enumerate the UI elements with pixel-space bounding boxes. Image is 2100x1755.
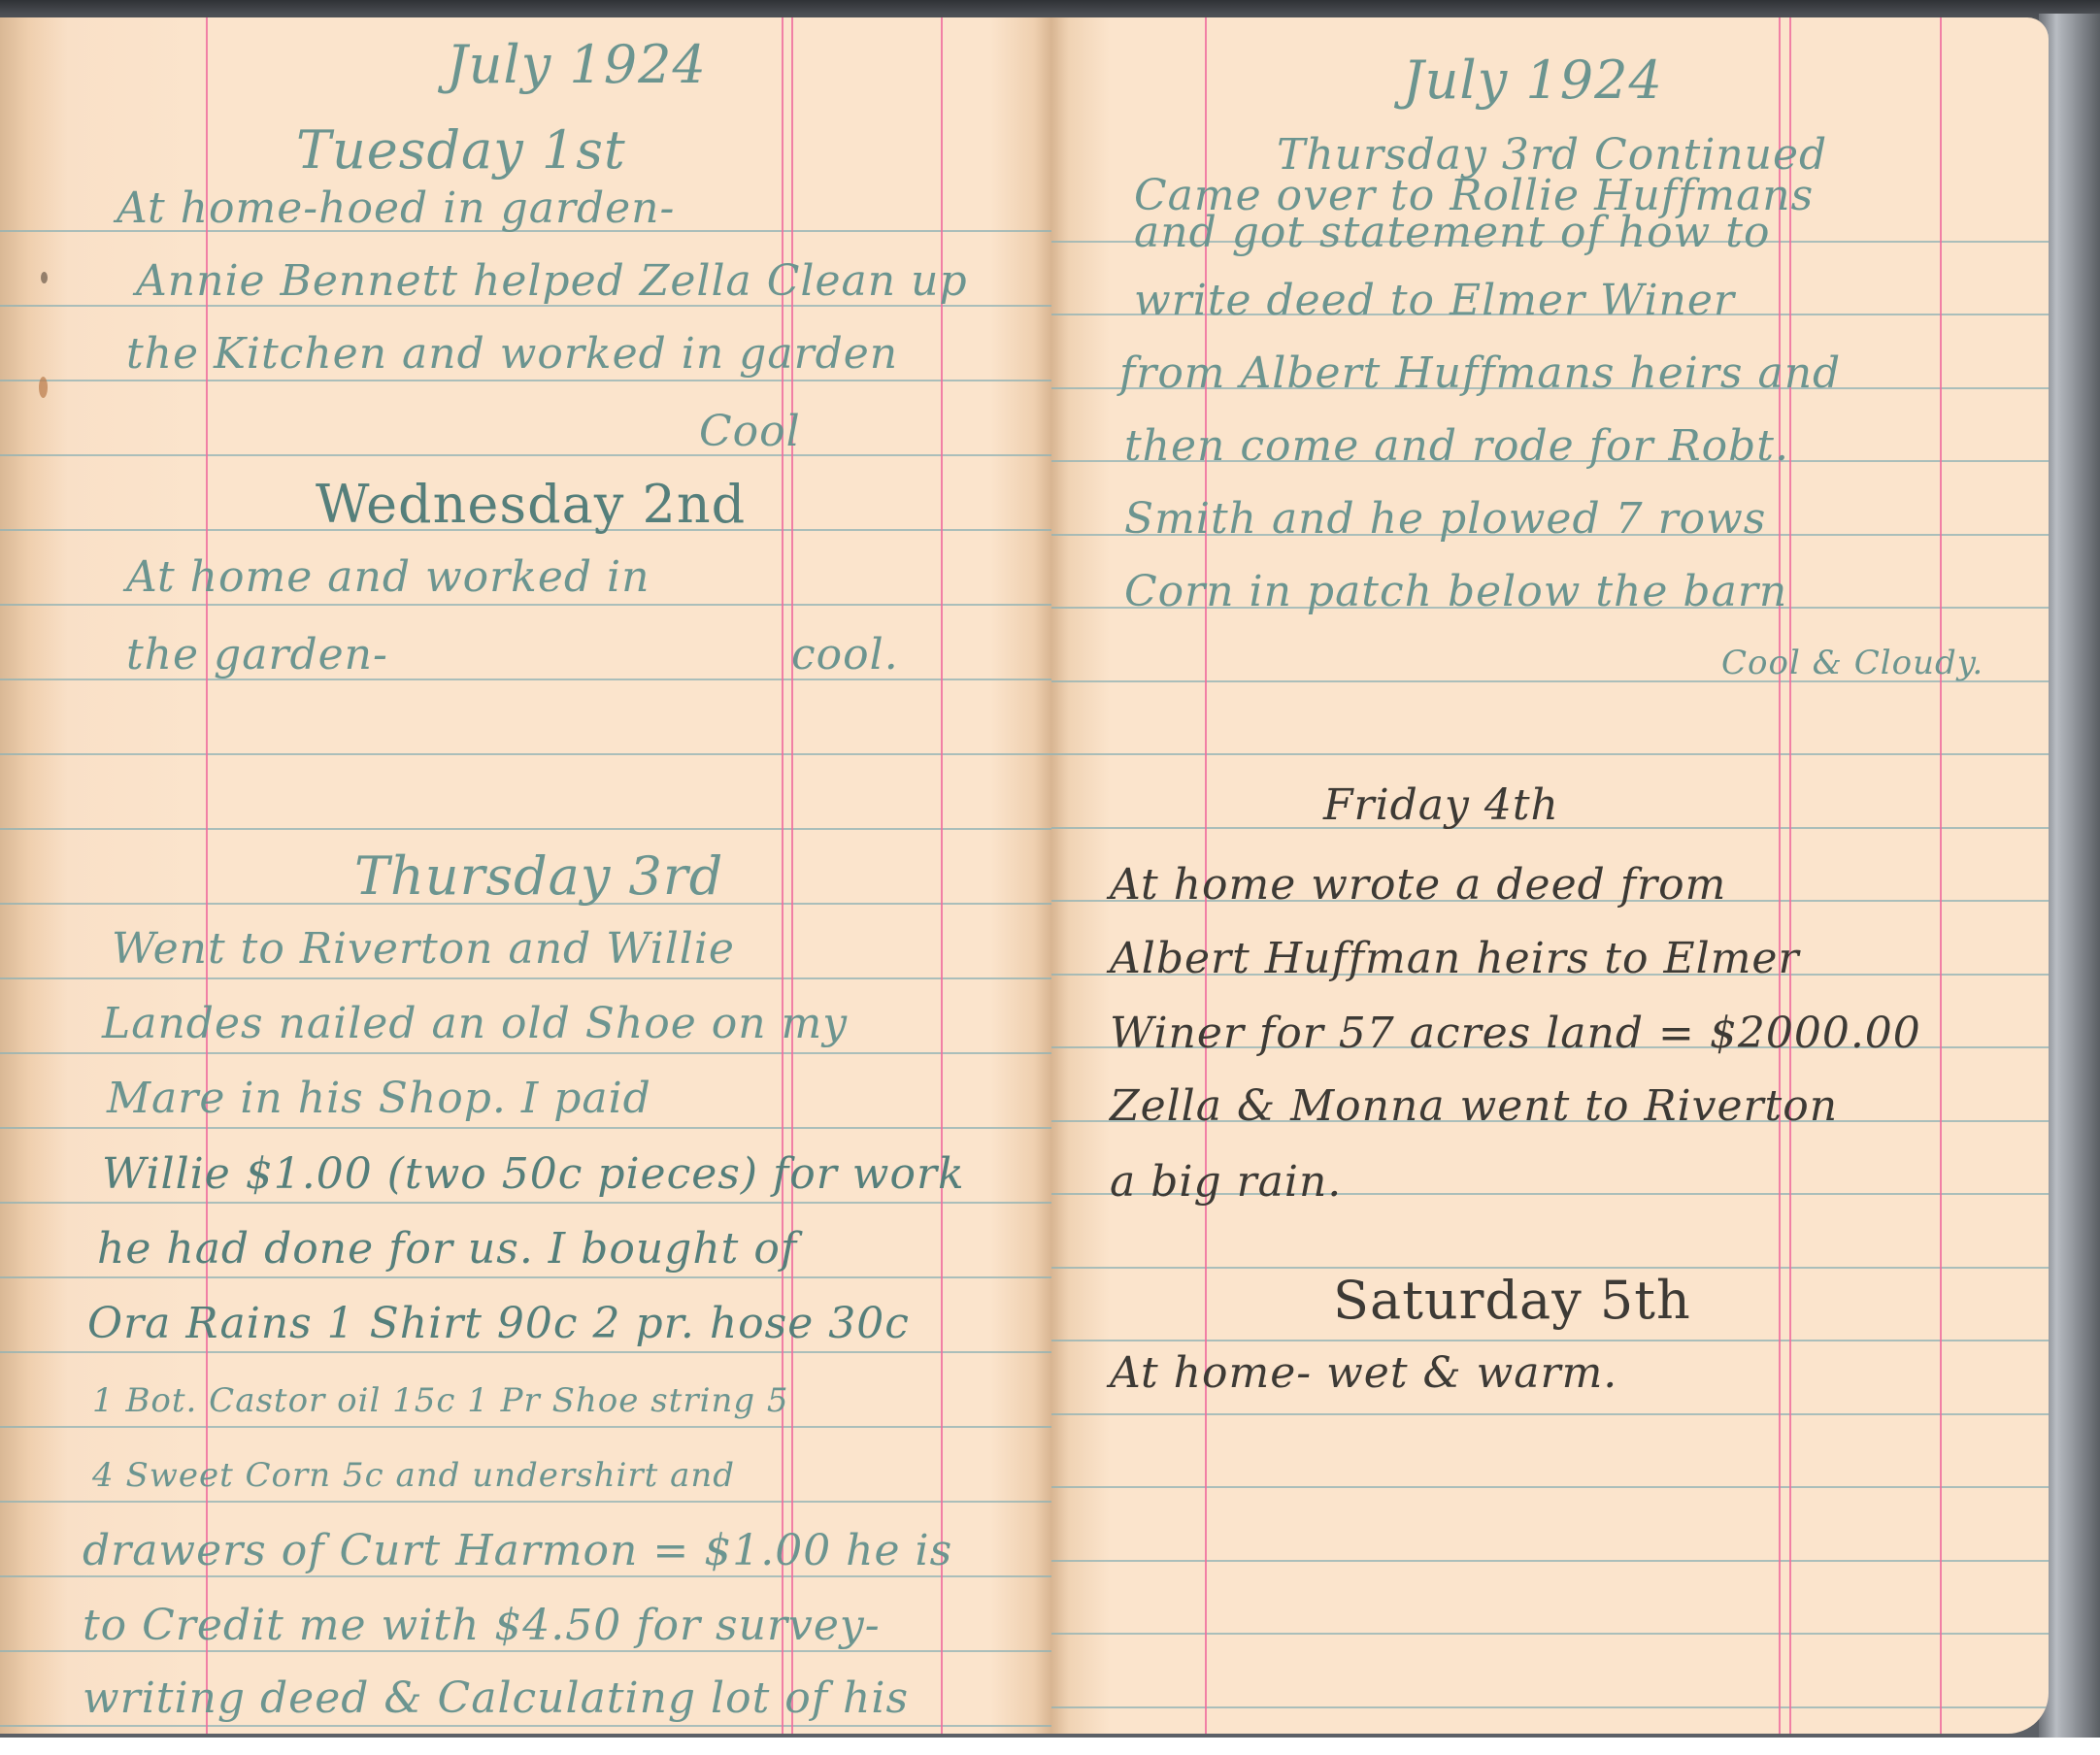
entry-line: At home wrote a deed from — [1110, 864, 1726, 907]
day-heading: Thursday 3rd — [354, 850, 723, 903]
entry-line: At home-hoed in garden- — [117, 187, 675, 230]
entry-line: from Albert Huffmans heirs and — [1119, 352, 1841, 395]
ink-dot — [41, 272, 48, 283]
ruled-line — [1051, 753, 2049, 755]
ruled-line — [0, 1725, 1051, 1727]
right-page: July 1924 Thursday 3rd Continued Came ov… — [1051, 17, 2049, 1734]
entry-line: Winer for 57 acres land = $2000.00 — [1110, 1012, 1921, 1055]
weather-note: Cool — [699, 411, 801, 453]
ruled-line — [1051, 1706, 2049, 1708]
entry-line: the Kitchen and worked in garden — [126, 333, 898, 376]
entry-line: 1 Bot. Castor oil 15c 1 Pr Shoe string 5 — [92, 1384, 789, 1417]
ruled-line — [0, 1650, 1051, 1652]
ruled-line — [0, 1575, 1051, 1577]
entry-line: writing deed & Calculating lot of his — [83, 1677, 909, 1720]
entry-line: At home- wet & warm. — [1110, 1352, 1617, 1395]
ruled-line — [1051, 1413, 2049, 1415]
ruled-line — [0, 828, 1051, 830]
day-heading: Wednesday 2nd — [316, 479, 746, 531]
entry-line: write deed to Elmer Winer — [1134, 280, 1735, 322]
ruled-line — [1051, 1560, 2049, 1562]
entry-line: drawers of Curt Harmon = $1.00 he is — [83, 1530, 952, 1573]
ruled-line — [1051, 1486, 2049, 1488]
ruled-line — [0, 604, 1051, 606]
column-line — [1940, 17, 1942, 1734]
entry-line: Annie Bennett helped Zella Clean up — [136, 260, 968, 303]
ruled-line — [1051, 1633, 2049, 1635]
ruled-line — [0, 1052, 1051, 1054]
ruled-line — [0, 753, 1051, 755]
column-line — [1789, 17, 1791, 1734]
ruled-line — [0, 1276, 1051, 1278]
left-page: July 1924 Tuesday 1st At home-hoed in ga… — [0, 17, 1051, 1734]
month-header: July 1924 — [1403, 54, 1663, 107]
entry-line: he had done for us. I bought of — [97, 1228, 797, 1271]
entry-line: Ora Rains 1 Shirt 90c 2 pr. hose 30c — [87, 1303, 910, 1345]
ruled-line — [0, 1426, 1051, 1428]
ruled-line — [0, 1351, 1051, 1353]
ruled-line — [0, 977, 1051, 979]
day-heading: Tuesday 1st — [296, 124, 626, 177]
entry-line: Corn in patch below the barn — [1124, 571, 1787, 613]
column-line — [1779, 17, 1781, 1734]
day-heading: Saturday 5th — [1333, 1275, 1691, 1327]
weather-note: cool. — [791, 634, 899, 677]
entry-line: Albert Huffman heirs to Elmer — [1110, 938, 1800, 980]
entry-line: Willie $1.00 (two 50c pieces) for work — [102, 1153, 965, 1196]
weather-note: Cool & Cloudy. — [1721, 646, 1983, 679]
entry-line: 4 Sweet Corn 5c and undershirt and — [92, 1459, 735, 1492]
entry-line: Zella & Monna went to Riverton — [1110, 1085, 1838, 1128]
ruled-line — [1051, 1340, 2049, 1341]
month-header: July 1924 — [447, 39, 707, 91]
ruled-line — [0, 380, 1051, 381]
entry-line: Landes nailed an old Shoe on my — [102, 1003, 848, 1045]
ruled-line — [0, 1202, 1051, 1204]
entry-line: Smith and he plowed 7 rows — [1124, 498, 1766, 541]
ruled-line — [0, 1501, 1051, 1503]
entry-line: then come and rode for Robt. — [1124, 425, 1789, 468]
day-heading: Friday 4th — [1323, 784, 1559, 827]
entry-line: to Credit me with $4.50 for survey- — [83, 1605, 881, 1647]
entry-line: Mare in his Shop. I paid — [107, 1077, 651, 1120]
entry-line: the garden- — [126, 634, 388, 677]
entry-line: At home and worked in — [126, 556, 650, 599]
entry-line: a big rain. — [1110, 1161, 1342, 1204]
ruled-line — [0, 1127, 1051, 1129]
rust-stain — [39, 377, 48, 398]
entry-line: Went to Riverton and Willie — [112, 928, 735, 971]
entry-line: and got statement of how to — [1134, 212, 1770, 254]
ruled-line — [0, 454, 1051, 456]
ruled-line — [1051, 1267, 2049, 1269]
